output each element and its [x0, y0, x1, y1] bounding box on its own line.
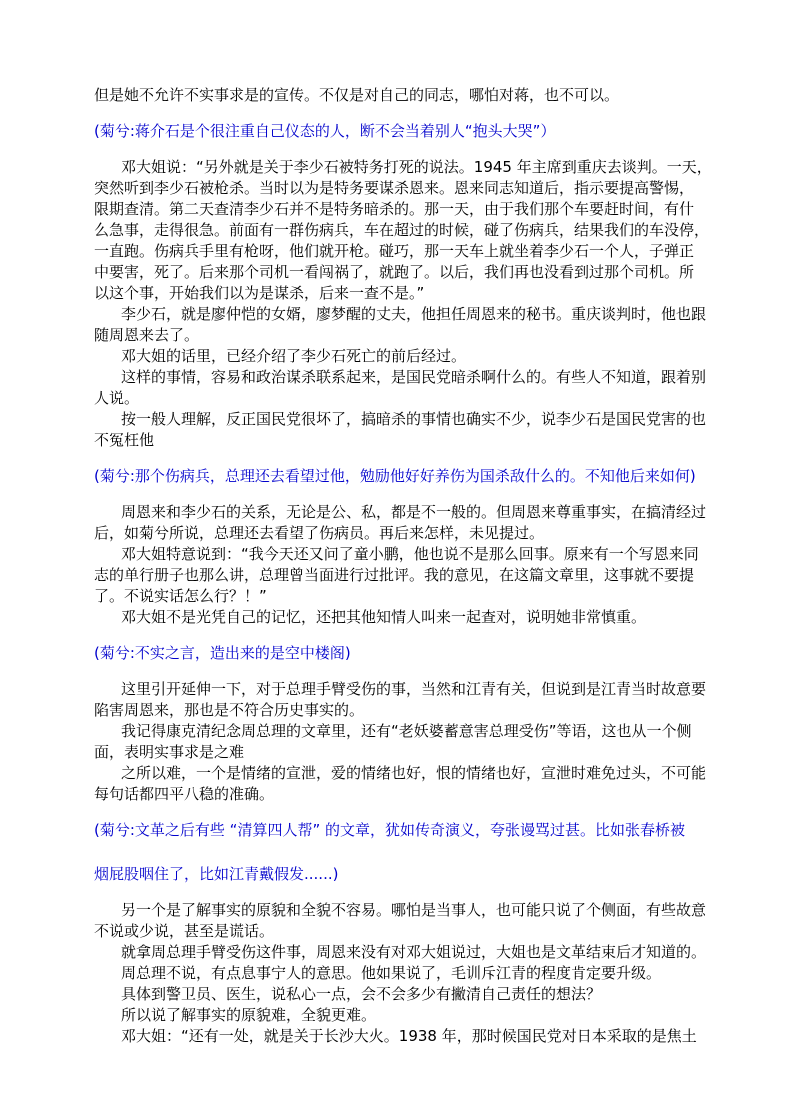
paragraph: 按一般人理解，反正国民党很坏了，搞暗杀的事情也确实不少，说李少石是国民党害的也不…: [94, 409, 720, 451]
text-line: 每句话都四平八稳的准确。: [94, 784, 720, 805]
paragraph: 邓大姐不是光凭自己的记忆，还把其他知情人叫来一起查对，说明她非常慎重。: [94, 607, 720, 628]
text-line: 志的单行册子也那么讲，总理曾当面进行过批评。我的意见，在这篇文章里，这事就不要提: [94, 565, 720, 586]
text-line: 另一个是了解事实的原貌和全貌不容易。哪怕是当事人，也可能只说了个侧面，有些故意: [94, 900, 720, 921]
text-line: 就拿周总理手臂受伤这件事，周恩来没有对邓大姐说过，大姐也是文革结束后才知道的。: [94, 942, 720, 963]
paragraph: 邓大姐的话里，已经介绍了李少石死亡的前后经过。: [94, 346, 720, 367]
text-line: 烟屁股咽住了，比如江青戴假发......): [94, 864, 720, 885]
paragraph: 所以说了解事实的原貌难，全貌更难。: [94, 1005, 720, 1026]
text-line: 人说。: [94, 388, 720, 409]
text-line: 按一般人理解，反正国民党很坏了，搞暗杀的事情也确实不少，说李少石是国民党害的也: [94, 409, 720, 430]
text-line: 具体到警卫员、医生，说私心一点，会不会多少有撇清自己责任的想法？: [94, 984, 720, 1005]
text-line: (菊兮:文革之后有些 “清算四人帮” 的文章，犹如传奇演义，夸张谩骂过甚。比如张…: [94, 820, 720, 841]
text-line: 邓大姐特意说到：“我今天还又问了童小鹏，他也说不是那么回事。原来有一个写恩来同: [94, 544, 720, 565]
reader-comment: (菊兮:蒋介石是个很注重自己仪态的人，断不会当着别人“抱头大哭”）: [94, 121, 720, 142]
text-line: 中要害，死了。后来那个司机一看闯祸了，就跑了。以后，我们再也没看到过那个司机。所: [94, 262, 720, 283]
text-line: 所以说了解事实的原貌难，全貌更难。: [94, 1005, 720, 1026]
text-line: 周恩来和李少石的关系，无论是公、私，都是不一般的。但周恩来尊重事实，在搞清经过: [94, 502, 720, 523]
text-line: 面，表明实事求是之难: [94, 742, 720, 763]
text-line: 这样的事情，容易和政治谋杀联系起来，是国民党暗杀啊什么的。有些人不知道，跟着别: [94, 367, 720, 388]
paragraph: 周恩来和李少石的关系，无论是公、私，都是不一般的。但周恩来尊重事实，在搞清经过后…: [94, 502, 720, 544]
paragraph: 李少石，就是廖仲恺的女婿，廖梦醒的丈夫，他担任周恩来的秘书。重庆谈判时，他也跟随…: [94, 304, 720, 346]
text-line: 之所以难，一个是情绪的宣泄，爱的情绪也好，恨的情绪也好，宣泄时难免过头，不可能: [94, 763, 720, 784]
paragraph: 我记得康克清纪念周总理的文章里，还有“老妖婆蓄意害总理受伤”等语，这也从一个侧面…: [94, 721, 720, 763]
reader-comment: (菊兮:不实之言，造出来的是空中楼阁): [94, 643, 720, 664]
text-line: 邓大姐说：“另外就是关于李少石被特务打死的说法。1945 年主席到重庆去谈判。一…: [94, 157, 720, 178]
paragraph: 具体到警卫员、医生，说私心一点，会不会多少有撇清自己责任的想法？: [94, 984, 720, 1005]
text-line: 邓大姐的话里，已经介绍了李少石死亡的前后经过。: [94, 346, 720, 367]
text-line: 后，如菊兮所说，总理还去看望了伤病员。再后来怎样，未见提过。: [94, 523, 720, 544]
text-line: 这里引开延伸一下，对于总理手臂受伤的事，当然和江青有关，但说到是江青当时故意要: [94, 679, 720, 700]
reader-comment: (菊兮:文革之后有些 “清算四人帮” 的文章，犹如传奇演义，夸张谩骂过甚。比如张…: [94, 820, 720, 885]
document-page: 但是她不允许不实事求是的宣传。不仅是对自己的同志，哪怕对蒋，也不可以。(菊兮:蒋…: [0, 0, 800, 1100]
reader-comment: (菊兮:那个伤病兵，总理还去看望过他，勉励他好好养伤为国杀敌什么的。不知他后来如…: [94, 466, 720, 487]
document-content: 但是她不允许不实事求是的宣传。不仅是对自己的同志，哪怕对蒋，也不可以。(菊兮:蒋…: [94, 85, 720, 1047]
paragraph: 另一个是了解事实的原貌和全貌不容易。哪怕是当事人，也可能只说了个侧面，有些故意不…: [94, 900, 720, 942]
text-line: 突然听到李少石被枪杀。当时以为是特务要谋杀恩来。恩来同志知道后，指示要提高警惕，: [94, 178, 720, 199]
text-line: 一直跑。伤病兵手里有枪呀，他们就开枪。碰巧，那一天车上就坐着李少石一个人，子弹正: [94, 241, 720, 262]
text-line: 限期查清。第二天查清李少石并不是特务暗杀的。那一天，由于我们那个车要赶时间，有什: [94, 199, 720, 220]
text-line: 李少石，就是廖仲恺的女婿，廖梦醒的丈夫，他担任周恩来的秘书。重庆谈判时，他也跟: [94, 304, 720, 325]
text-line: 邓大姐：“还有一处，就是关于长沙大火。1938 年，那时候国民党对日本采取的是焦…: [94, 1026, 720, 1047]
paragraph: 邓大姐说：“另外就是关于李少石被特务打死的说法。1945 年主席到重庆去谈判。一…: [94, 157, 720, 304]
text-line: 邓大姐不是光凭自己的记忆，还把其他知情人叫来一起查对，说明她非常慎重。: [94, 607, 720, 628]
text-line: 不说或少说，甚至是谎话。: [94, 921, 720, 942]
text-line: (菊兮:不实之言，造出来的是空中楼阁): [94, 643, 720, 664]
text-line: 但是她不允许不实事求是的宣传。不仅是对自己的同志，哪怕对蒋，也不可以。: [94, 85, 720, 106]
text-line: 周总理不说，有点息事宁人的意思。他如果说了，毛训斥江青的程度肯定要升级。: [94, 963, 720, 984]
text-line: (菊兮:那个伤病兵，总理还去看望过他，勉励他好好养伤为国杀敌什么的。不知他后来如…: [94, 466, 720, 487]
paragraph: 之所以难，一个是情绪的宣泄，爱的情绪也好，恨的情绪也好，宣泄时难免过头，不可能每…: [94, 763, 720, 805]
text-line: 陷害周恩来，那也是不符合历史事实的。: [94, 700, 720, 721]
text-line: 以这个事，开始我们以为是谋杀，后来一查不是。”: [94, 283, 720, 304]
text-line: 随周恩来去了。: [94, 325, 720, 346]
text-line: 我记得康克清纪念周总理的文章里，还有“老妖婆蓄意害总理受伤”等语，这也从一个侧: [94, 721, 720, 742]
paragraph: 周总理不说，有点息事宁人的意思。他如果说了，毛训斥江青的程度肯定要升级。: [94, 963, 720, 984]
paragraph: 但是她不允许不实事求是的宣传。不仅是对自己的同志，哪怕对蒋，也不可以。: [94, 85, 720, 106]
paragraph: 邓大姐：“还有一处，就是关于长沙大火。1938 年，那时候国民党对日本采取的是焦…: [94, 1026, 720, 1047]
paragraph: 这里引开延伸一下，对于总理手臂受伤的事，当然和江青有关，但说到是江青当时故意要陷…: [94, 679, 720, 721]
paragraph: 就拿周总理手臂受伤这件事，周恩来没有对邓大姐说过，大姐也是文革结束后才知道的。: [94, 942, 720, 963]
text-line: 了。不说实话怎么行？！”: [94, 586, 720, 607]
paragraph: 这样的事情，容易和政治谋杀联系起来，是国民党暗杀啊什么的。有些人不知道，跟着别人…: [94, 367, 720, 409]
text-line: (菊兮:蒋介石是个很注重自己仪态的人，断不会当着别人“抱头大哭”）: [94, 121, 720, 142]
text-line: 么急事，走得很急。前面有一群伤病兵，车在超过的时候，碰了伤病兵，结果我们的车没停…: [94, 220, 720, 241]
text-line: 不冤枉他: [94, 430, 720, 451]
paragraph: 邓大姐特意说到：“我今天还又问了童小鹏，他也说不是那么回事。原来有一个写恩来同志…: [94, 544, 720, 607]
